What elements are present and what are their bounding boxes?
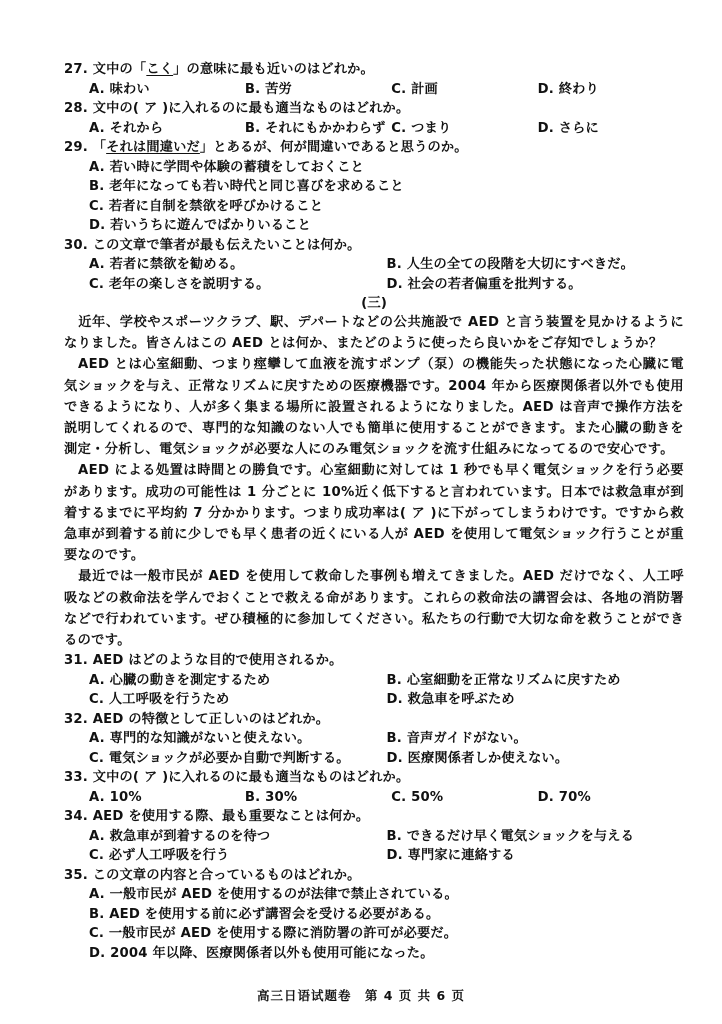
question-number: 30. xyxy=(64,238,88,253)
options-33: A. 10% B. 30% C. 50% D. 70% xyxy=(64,788,684,808)
question-35: 35. この文章の内容と合っているものはどれか。 xyxy=(64,866,684,886)
option-b: B. 30% xyxy=(245,788,391,808)
question-text: 文中の( ア )に入れるのに最も適当なものはどれか。 xyxy=(93,101,410,116)
option-b: B. 老年になっても若い時代と同じ喜びを求めること xyxy=(64,177,684,197)
question-number: 28. xyxy=(64,101,88,116)
question-text: AED はどのような目的で使用されるか。 xyxy=(93,653,343,668)
question-text: 文中の( ア )に入れるのに最も適当なものはどれか。 xyxy=(93,770,410,785)
option-c: C. 電気ショックが必要か自動で判断する。 xyxy=(89,749,387,769)
options-28: A. それから B. それにもかかわらず C. つまり D. さらに xyxy=(64,119,684,139)
passage-paragraph-3: AED による処置は時間との勝負です。心室細動に対しては 1 秒でも早く電気ショ… xyxy=(64,460,684,566)
underlined-term: それは間違いだ xyxy=(106,140,200,155)
question-number: 33. xyxy=(64,770,88,785)
options-30-row2: C. 老年の楽しさを説明する。 D. 社会の若者偏重を批判する。 xyxy=(64,275,684,295)
question-text: 」とあるが、何が間違いであると思うのか。 xyxy=(200,140,468,155)
question-text: この文章の内容と合っているものはどれか。 xyxy=(93,868,361,883)
question-34: 34. AED を使用する際、最も重要なことは何か。 xyxy=(64,807,684,827)
option-b: B. できるだけ早く電気ショックを与える xyxy=(387,827,685,847)
passage-paragraph-1: 近年、学校やスポーツクラブ、駅、デパートなどの公共施設で AED と言う装置を見… xyxy=(64,312,684,354)
option-b: B. 苦労 xyxy=(245,80,391,100)
question-text: AED の特徴として正しいのはどれか。 xyxy=(93,712,329,727)
option-c: C. 老年の楽しさを説明する。 xyxy=(89,275,387,295)
question-text: 「 xyxy=(93,140,106,155)
option-d: D. 医療関係者しか使えない。 xyxy=(387,749,685,769)
option-a: A. 味わい xyxy=(89,80,245,100)
question-text: 文中の「 xyxy=(93,62,147,77)
options-34-row1: A. 救急車が到着するのを待つ B. できるだけ早く電気ショックを与える xyxy=(64,827,684,847)
paragraph-text: AED とは心室細動、つまり痙攣して血液を流すポンプ（泵）の機能失った状態になっ… xyxy=(64,357,684,457)
options-31-row2: C. 人工呼吸を行うため D. 救急車を呼ぶため xyxy=(64,690,684,710)
option-a: A. 10% xyxy=(89,788,245,808)
question-text: AED を使用する際、最も重要なことは何か。 xyxy=(93,809,370,824)
option-d: D. 救急車を呼ぶため xyxy=(387,690,685,710)
question-number: 27. xyxy=(64,62,88,77)
options-30-row1: A. 若者に禁欲を勧める。 B. 人生の全ての段階を大切にすべきだ。 xyxy=(64,255,684,275)
question-number: 32. xyxy=(64,712,88,727)
question-text: この文章で筆者が最も伝えたいことは何か。 xyxy=(93,238,361,253)
option-c: C. 人工呼吸を行うため xyxy=(89,690,387,710)
option-b: B. AED を使用する前に必ず講習会を受ける必要がある。 xyxy=(64,905,684,925)
option-d: D. 2004 年以降、医療関係者以外も使用可能になった。 xyxy=(64,944,684,964)
paragraph-text: AED による処置は時間との勝負です。心室細動に対しては 1 秒でも早く電気ショ… xyxy=(64,463,684,563)
underlined-term: こく xyxy=(146,62,173,77)
option-c: C. 50% xyxy=(391,788,537,808)
option-d: D. 70% xyxy=(538,788,684,808)
page-footer: 高三日语试题卷 第 4 页 共 6 页 xyxy=(0,986,722,1004)
question-number: 29. xyxy=(64,140,88,155)
options-34-row2: C. 必ず人工呼吸を行う D. 専門家に連絡する xyxy=(64,846,684,866)
passage-paragraph-4: 最近では一般市民が AED を使用して救命した事例も増えてきました。AED だけ… xyxy=(64,566,684,651)
option-d: D. さらに xyxy=(538,119,684,139)
page-number: 第 4 页 共 6 页 xyxy=(365,988,465,1003)
option-c: C. 計画 xyxy=(391,80,537,100)
section-title: (三) xyxy=(64,294,684,312)
passage-paragraph-2: AED とは心室細動、つまり痙攣して血液を流すポンプ（泵）の機能失った状態になっ… xyxy=(64,354,684,460)
option-c: C. 一般市民が AED を使用する際に消防署の許可が必要だ。 xyxy=(64,924,684,944)
question-30: 30. この文章で筆者が最も伝えたいことは何か。 xyxy=(64,236,684,256)
question-28: 28. 文中の( ア )に入れるのに最も適当なものはどれか。 xyxy=(64,99,684,119)
option-b: B. 音声ガイドがない。 xyxy=(387,729,685,749)
option-d: D. 終わり xyxy=(538,80,684,100)
option-a: A. それから xyxy=(89,119,245,139)
question-33: 33. 文中の( ア )に入れるのに最も適当なものはどれか。 xyxy=(64,768,684,788)
option-b: B. それにもかかわらず xyxy=(245,119,391,139)
option-d: D. 専門家に連絡する xyxy=(387,846,685,866)
option-d: D. 若いうちに遊んでばかりいること xyxy=(64,216,684,236)
question-27: 27. 文中の「こく」の意味に最も近いのはどれか。 xyxy=(64,60,684,80)
option-d: D. 社会の若者偏重を批判する。 xyxy=(387,275,685,295)
question-29: 29. 「それは間違いだ」とあるが、何が間違いであると思うのか。 xyxy=(64,138,684,158)
options-27: A. 味わい B. 苦労 C. 計画 D. 終わり xyxy=(64,80,684,100)
option-a: A. 専門的な知識がないと使えない。 xyxy=(89,729,387,749)
question-text: 」の意味に最も近いのはどれか。 xyxy=(173,62,374,77)
question-number: 35. xyxy=(64,868,88,883)
options-32-row2: C. 電気ショックが必要か自動で判断する。 D. 医療関係者しか使えない。 xyxy=(64,749,684,769)
paragraph-text: 近年、学校やスポーツクラブ、駅、デパートなどの公共施設で AED と言う装置を見… xyxy=(64,315,684,351)
question-number: 34. xyxy=(64,809,88,824)
exam-title: 高三日语试题卷 xyxy=(257,988,352,1003)
question-number: 31. xyxy=(64,653,88,668)
option-a: A. 若い時に学問や体験の蓄積をしておくこと xyxy=(64,158,684,178)
option-c: C. 必ず人工呼吸を行う xyxy=(89,846,387,866)
option-c: C. つまり xyxy=(391,119,537,139)
option-b: B. 人生の全ての段階を大切にすべきだ。 xyxy=(387,255,685,275)
options-32-row1: A. 専門的な知識がないと使えない。 B. 音声ガイドがない。 xyxy=(64,729,684,749)
question-31: 31. AED はどのような目的で使用されるか。 xyxy=(64,651,684,671)
option-b: B. 心室細動を正常なリズムに戻すため xyxy=(387,671,685,691)
option-a: A. 若者に禁欲を勧める。 xyxy=(89,255,387,275)
option-c: C. 若者に自制を禁欲を呼びかけること xyxy=(64,197,684,217)
options-31-row1: A. 心臓の動きを測定するため B. 心室細動を正常なリズムに戻すため xyxy=(64,671,684,691)
option-a: A. 心臓の動きを測定するため xyxy=(89,671,387,691)
exam-page: 27. 文中の「こく」の意味に最も近いのはどれか。 A. 味わい B. 苦労 C… xyxy=(64,60,684,963)
option-a: A. 救急車が到着するのを待つ xyxy=(89,827,387,847)
question-32: 32. AED の特徴として正しいのはどれか。 xyxy=(64,710,684,730)
paragraph-text: 最近では一般市民が AED を使用して救命した事例も増えてきました。AED だけ… xyxy=(64,569,684,648)
option-a: A. 一般市民が AED を使用するのが法律で禁止されている。 xyxy=(64,885,684,905)
